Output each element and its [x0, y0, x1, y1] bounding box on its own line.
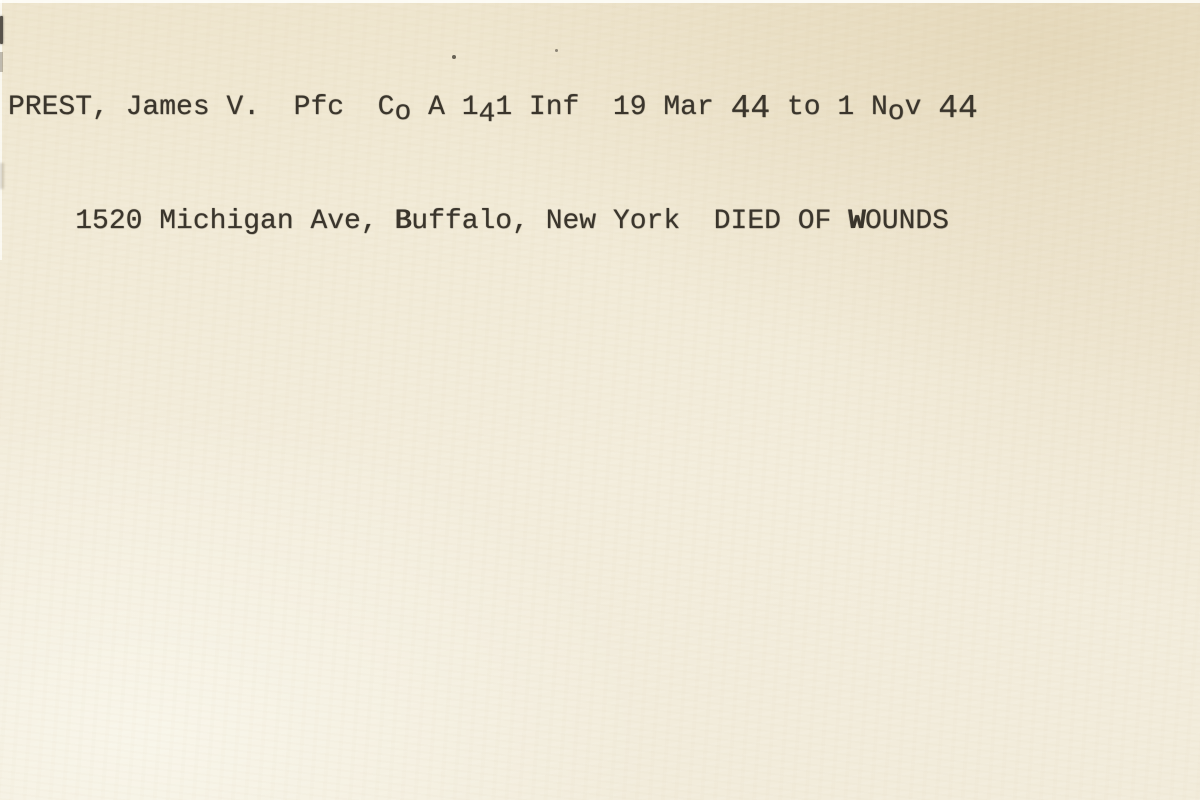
- card-line-address-status: 1520 Michigan Ave, Buffalo, New York DIE…: [8, 203, 978, 241]
- scanned-card: PREST, James V. Pfc Co A 141 Inf 19 Mar …: [0, 0, 1200, 800]
- smudge-left-edge: [0, 163, 4, 189]
- typed-text-block: PREST, James V. Pfc Co A 141 Inf 19 Mar …: [8, 11, 978, 317]
- card-line-name-unit-dates: PREST, James V. Pfc Co A 141 Inf 19 Mar …: [8, 87, 978, 127]
- ink-mark-left-edge-2: [0, 52, 3, 72]
- ink-mark-left-edge: [0, 16, 3, 44]
- scan-edge-top: [0, 0, 1200, 3]
